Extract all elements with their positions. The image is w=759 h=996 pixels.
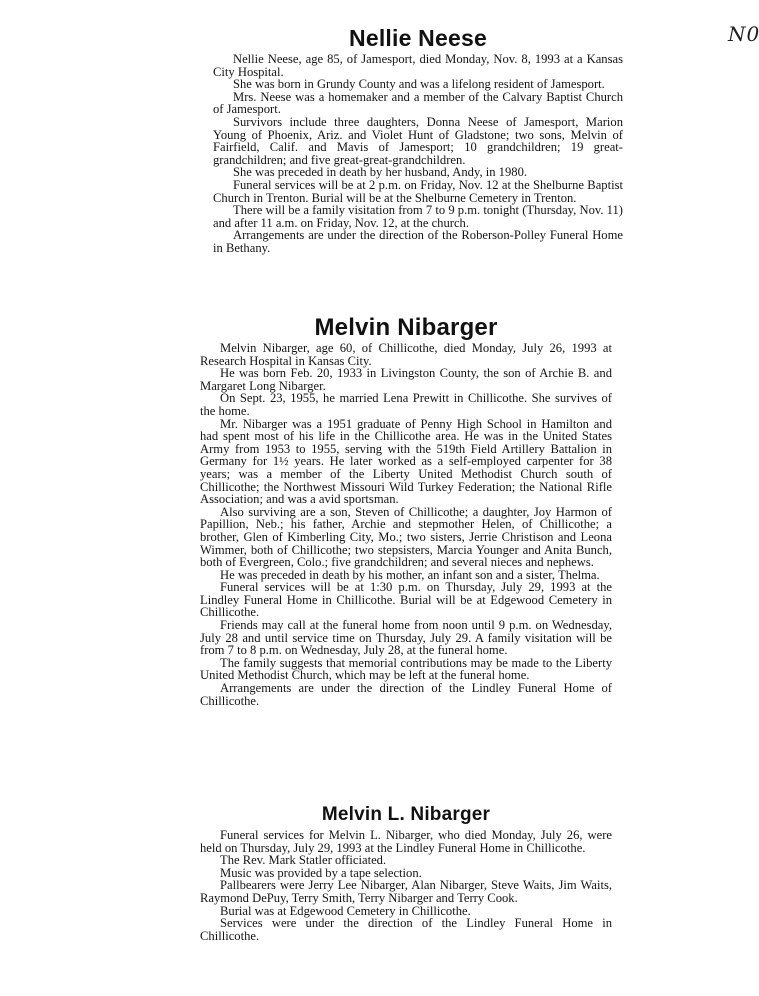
obituary-paragraph: Services were under the direction of the… — [200, 917, 612, 942]
obituary-title: Nellie Neese — [213, 24, 623, 52]
obituary-melvin-l-nibarger: Melvin L. Nibarger Funeral services for … — [200, 803, 612, 942]
obituary-paragraph: Funeral services will be at 1:30 p.m. on… — [200, 581, 612, 619]
obituary-paragraph: He was born Feb. 20, 1933 in Livingston … — [200, 367, 612, 392]
obituary-paragraph: On Sept. 23, 1955, he married Lena Prewi… — [200, 392, 612, 417]
obituary-paragraph: Mr. Nibarger was a 1951 graduate of Penn… — [200, 418, 612, 506]
scanned-newspaper-page: N01 Nellie Neese Nellie Neese, age 85, o… — [0, 0, 759, 996]
obituary-paragraph: Survivors include three daughters, Donna… — [213, 116, 623, 166]
obituary-paragraph: Funeral services will be at 2 p.m. on Fr… — [213, 179, 623, 204]
obituary-title: Melvin L. Nibarger — [200, 803, 612, 827]
obituary-title: Melvin Nibarger — [200, 314, 612, 342]
obituary-paragraph: Friends may call at the funeral home fro… — [200, 619, 612, 657]
obituary-nellie-neese: Nellie Neese Nellie Neese, age 85, of Ja… — [213, 24, 623, 255]
obituary-paragraph: Arrangements are under the direction of … — [213, 229, 623, 254]
obituary-paragraph: The Rev. Mark Statler officiated. — [200, 854, 612, 867]
handwritten-note: N01 — [728, 22, 759, 46]
obituary-paragraph: The family suggests that memorial contri… — [200, 657, 612, 682]
obituary-paragraph: She was born in Grundy County and was a … — [213, 78, 623, 91]
obituary-paragraph: Melvin Nibarger, age 60, of Chillicothe,… — [200, 342, 612, 367]
obituary-melvin-nibarger: Melvin Nibarger Melvin Nibarger, age 60,… — [200, 314, 612, 707]
obituary-paragraph: Mrs. Neese was a homemaker and a member … — [213, 91, 623, 116]
obituary-paragraph: There will be a family visitation from 7… — [213, 204, 623, 229]
obituary-paragraph: Nellie Neese, age 85, of Jamesport, died… — [213, 53, 623, 78]
obituary-paragraph: Pallbearers were Jerry Lee Nibarger, Ala… — [200, 879, 612, 904]
obituary-paragraph: Arrangements are under the direction of … — [200, 682, 612, 707]
obituary-paragraph: Funeral services for Melvin L. Nibarger,… — [200, 829, 612, 854]
obituary-paragraph: Also surviving are a son, Steven of Chil… — [200, 506, 612, 569]
